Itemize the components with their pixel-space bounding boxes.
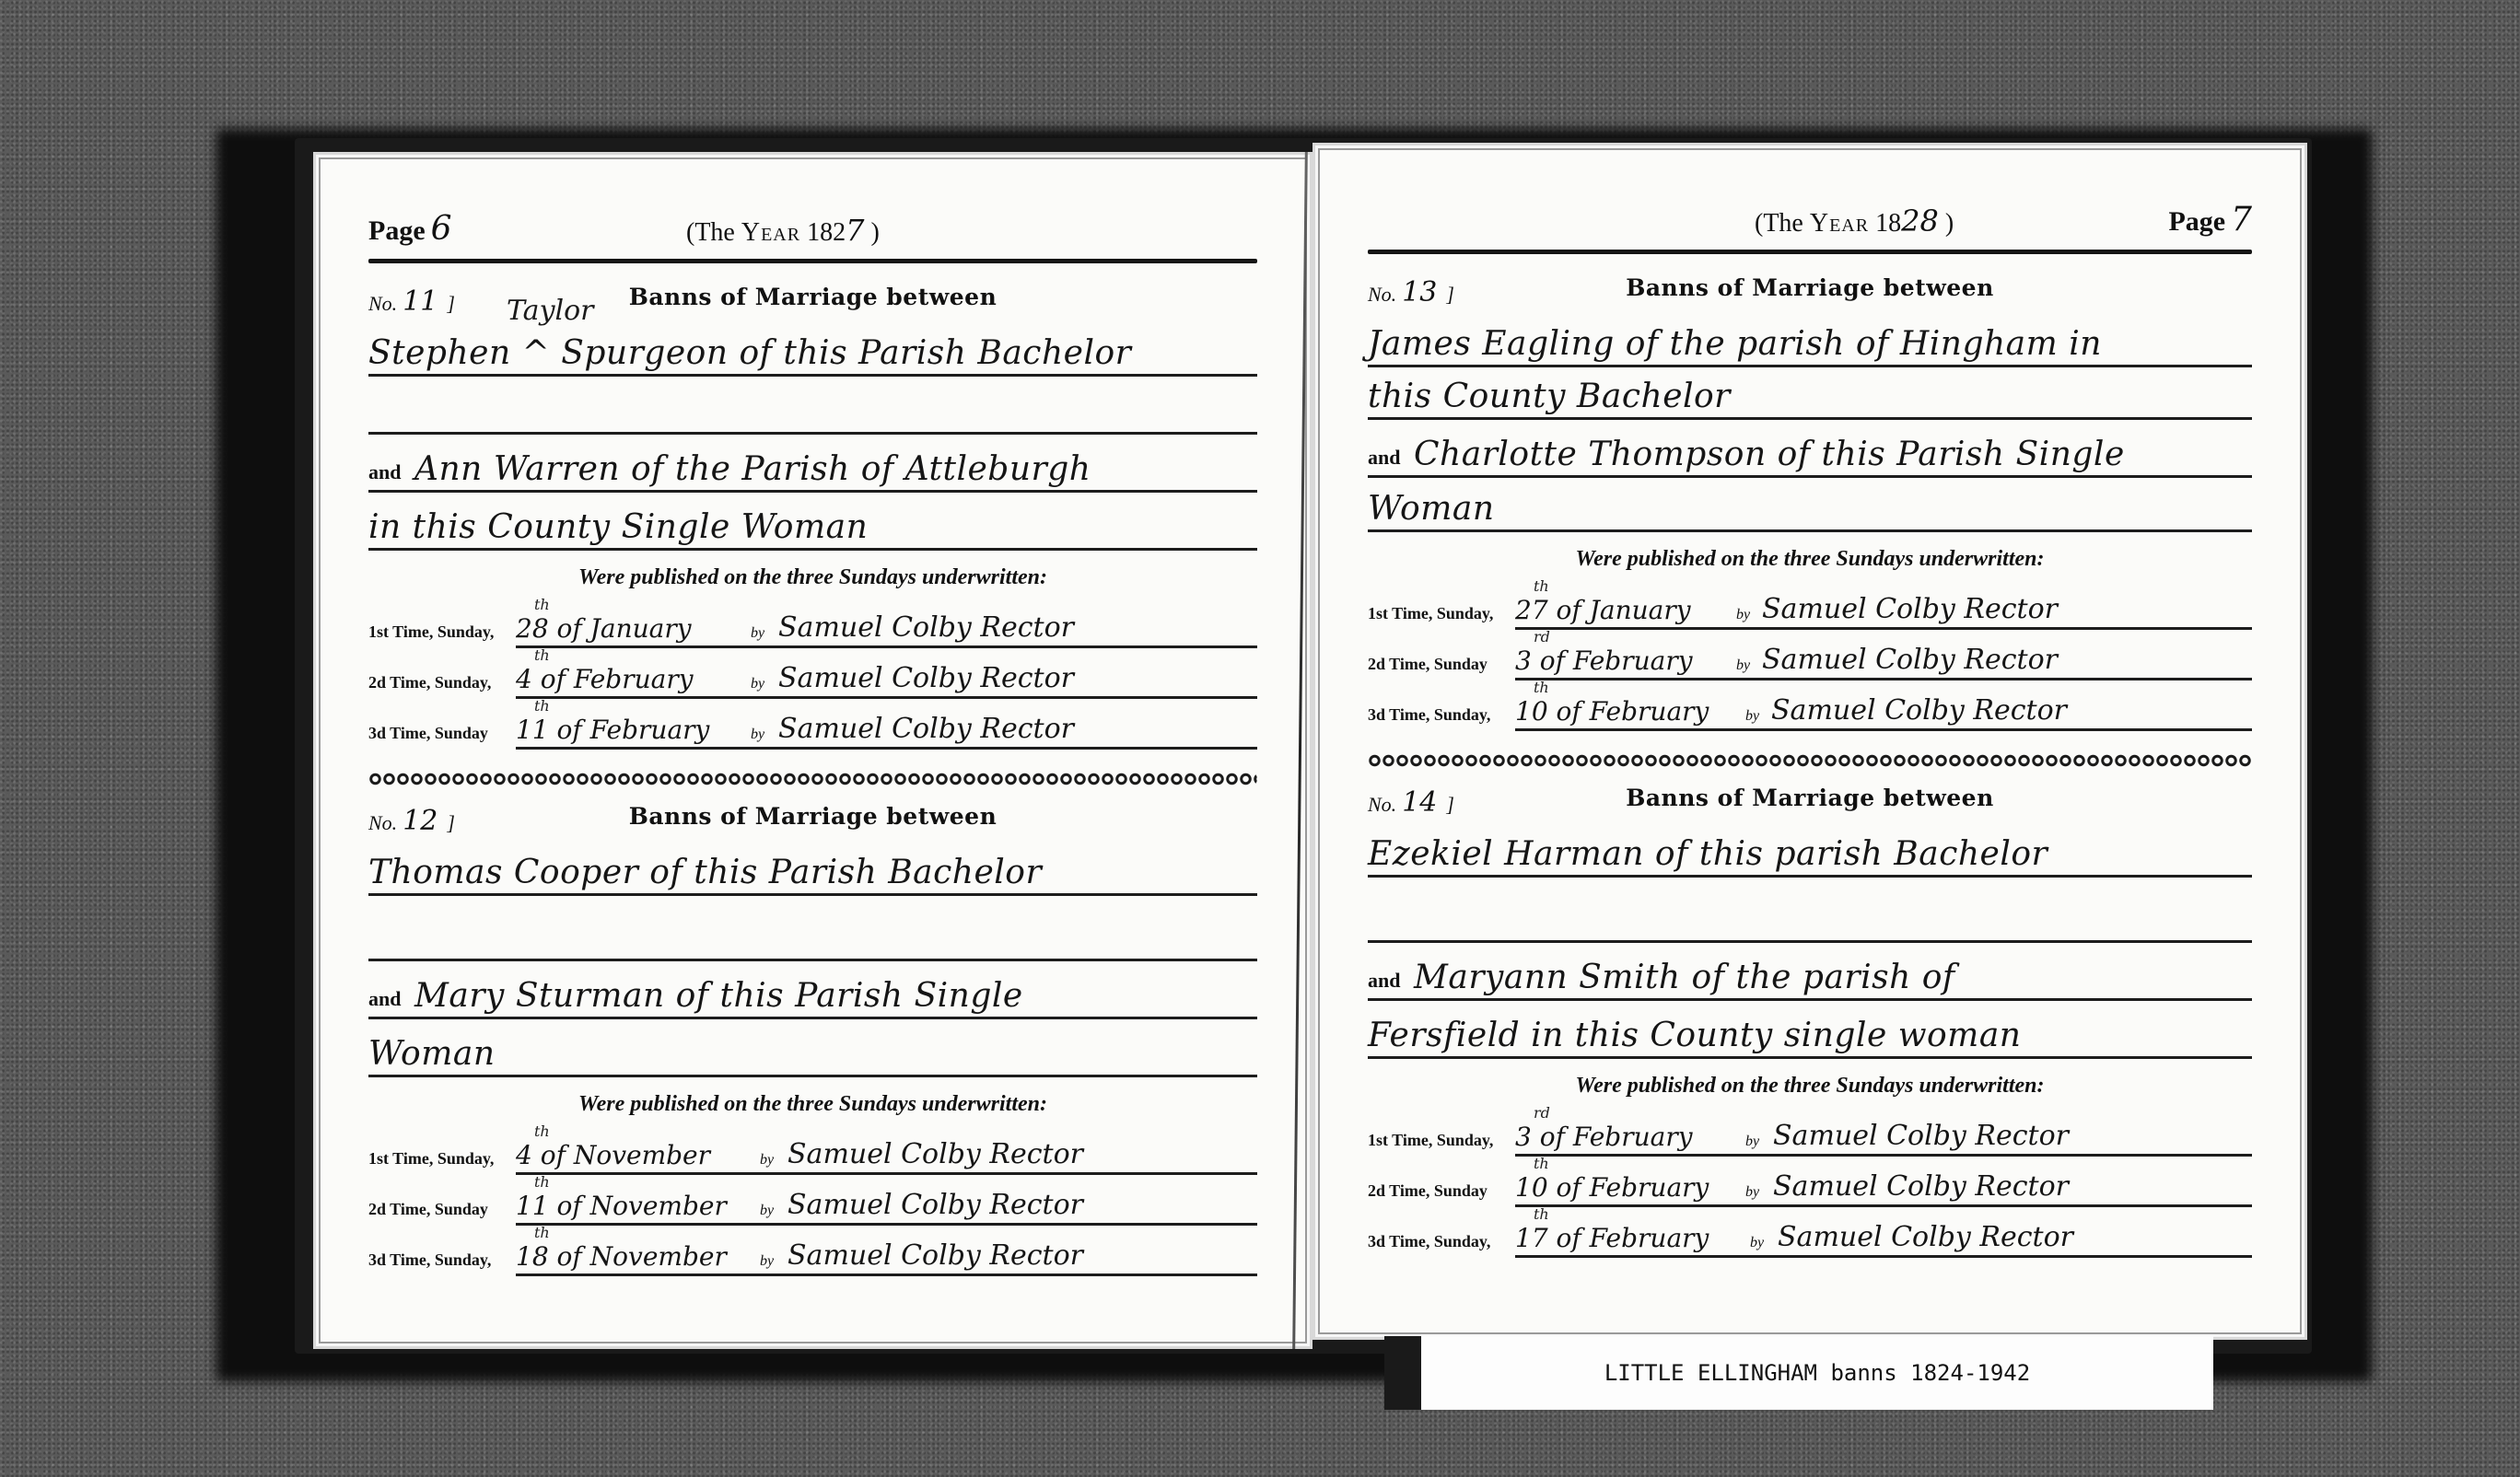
published-heading: Were published on the three Sundays unde… bbox=[1368, 547, 2252, 572]
entry-title: Banns of Marriage between bbox=[368, 803, 1257, 830]
published-heading: Were published on the three Sundays unde… bbox=[1368, 1074, 2252, 1099]
published-heading: Were published on the three Sundays unde… bbox=[368, 565, 1257, 590]
entry-line: Fersfield in this County single woman bbox=[1368, 1005, 2252, 1059]
entry-line: Woman bbox=[1368, 482, 2252, 532]
entry-line: andMary Sturman of this Parish Single bbox=[368, 965, 1257, 1019]
entry-title: Banns of Marriage between bbox=[1368, 274, 2252, 301]
banns-entry: No.12] Banns of Marriage between Thomas … bbox=[368, 799, 1257, 1276]
entry-line: andCharlotte Thompson of this Parish Sin… bbox=[1368, 424, 2252, 478]
publication-time-2: 2d Time, Sundayth11 of NovemberbySamuel … bbox=[516, 1177, 1257, 1226]
banns-entry: No.14] Banns of Marriage between Ezekiel… bbox=[1368, 781, 2252, 1258]
banns-entry: No.11] Banns of Marriage between Taylor … bbox=[368, 280, 1257, 750]
entry-line: Stephen ^ Spurgeon of this Parish Bachel… bbox=[368, 322, 1257, 377]
publication-time-1: 1st Time, Sunday,th27 of JanuarybySamuel… bbox=[1515, 581, 2252, 630]
entry-line bbox=[368, 900, 1257, 961]
header-rule bbox=[1368, 250, 2252, 254]
ornamental-divider bbox=[1368, 753, 2252, 768]
right-page: (The Year 1828 ) Page7 No.13] Banns of M… bbox=[1312, 143, 2307, 1340]
publication-time-3: 3d Time, Sunday,th17 of FebruarybySamuel… bbox=[1515, 1209, 2252, 1258]
archive-caption-label: LITTLE ELLINGHAM banns 1824-1942 bbox=[1421, 1336, 2213, 1410]
entry-line: andMaryann Smith of the parish of bbox=[1368, 947, 2252, 1001]
entry-line: andAnn Warren of the Parish of Attleburg… bbox=[368, 438, 1257, 493]
year-heading: (The Year 1828 ) bbox=[1755, 204, 1954, 238]
banns-entry: No.13] Banns of Marriage between James E… bbox=[1368, 271, 2252, 731]
entry-line: James Eagling of the parish of Hingham i… bbox=[1368, 313, 2252, 367]
year-heading: (The Year 1827 ) bbox=[686, 213, 880, 248]
left-page: Page6 (The Year 1827 ) No.11] Banns of M… bbox=[313, 152, 1312, 1349]
page-header: Page6 (The Year 1827 ) bbox=[368, 207, 1257, 259]
entry-line bbox=[368, 380, 1257, 435]
header-rule bbox=[368, 259, 1257, 263]
ornamental-divider bbox=[368, 772, 1257, 786]
page-number-label: Page7 bbox=[2168, 201, 2252, 238]
publication-time-2: 2d Time, Sunday,th4 of FebruarybySamuel … bbox=[516, 650, 1257, 699]
page-number-label: Page6 bbox=[368, 210, 452, 248]
entry-line: this County Bachelor bbox=[1368, 371, 2252, 420]
publication-time-1: 1st Time, Sunday,th4 of NovemberbySamuel… bbox=[516, 1126, 1257, 1175]
publication-time-3: 3d Time, Sundayth11 of FebruarybySamuel … bbox=[516, 701, 1257, 750]
published-heading: Were published on the three Sundays unde… bbox=[368, 1092, 1257, 1117]
entry-title: Banns of Marriage between bbox=[368, 284, 1257, 310]
entry-line: Woman bbox=[368, 1023, 1257, 1077]
publication-time-2: 2d Time, Sundayrd3 of FebruarybySamuel C… bbox=[1515, 632, 2252, 680]
entry-title: Banns of Marriage between bbox=[1368, 785, 2252, 811]
publication-time-2: 2d Time, Sundayth10 of FebruarybySamuel … bbox=[1515, 1158, 2252, 1207]
publication-time-1: 1st Time, Sunday,rd3 of FebruarybySamuel… bbox=[1515, 1108, 2252, 1157]
entry-line: Ezekiel Harman of this parish Bachelor bbox=[1368, 823, 2252, 878]
entry-line bbox=[1368, 881, 2252, 943]
page-header: (The Year 1828 ) Page7 bbox=[1368, 198, 2252, 250]
publication-time-3: 3d Time, Sunday,th18 of NovemberbySamuel… bbox=[516, 1227, 1257, 1276]
publication-time-3: 3d Time, Sunday,th10 of FebruarybySamuel… bbox=[1515, 682, 2252, 731]
entry-line: in this County Single Woman bbox=[368, 496, 1257, 551]
publication-time-1: 1st Time, Sunday,th28 of JanuarybySamuel… bbox=[516, 599, 1257, 648]
entry-line: Thomas Cooper of this Parish Bachelor bbox=[368, 842, 1257, 896]
